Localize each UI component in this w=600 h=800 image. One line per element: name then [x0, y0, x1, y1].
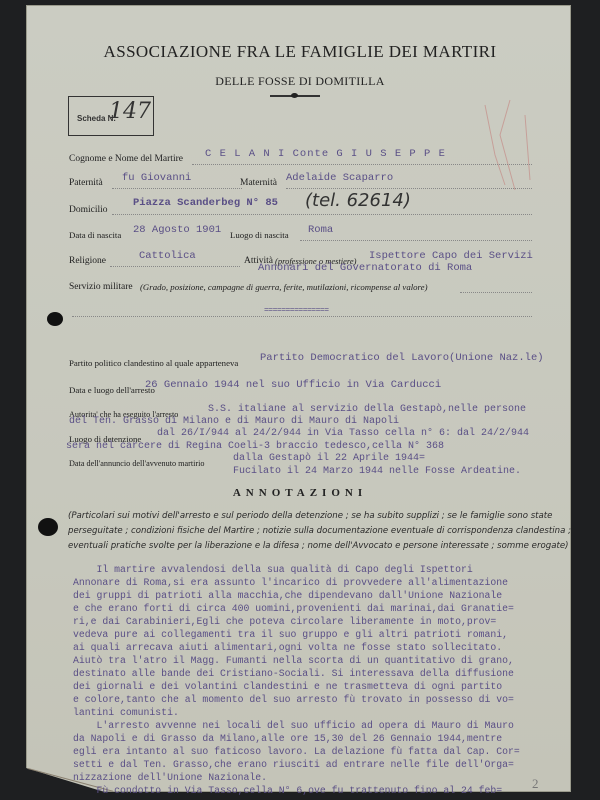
value-detenzione-2: sera nel carcere di Regina Coeli-3 bracc…	[66, 441, 444, 452]
header-ornament-dot	[291, 93, 298, 98]
value-partito: Partito Democratico del Lavoro(Unione Na…	[260, 352, 544, 364]
page-number: 2	[532, 776, 539, 792]
narrative-line: Fù condotto in Via Tasso,cella N° 6,ove …	[73, 784, 502, 797]
narrative-line: e colore,tanto che al momento del suo ar…	[73, 693, 514, 706]
narrative-line: destinato alle bande dei Cristiano-Socia…	[73, 667, 514, 680]
label-servizio-militare: Servizio militare	[69, 282, 133, 292]
narrative-line: ri,e dai Carabinieri,Egli che poteva cir…	[73, 615, 496, 628]
label-nome: Cognome e Nome del Martire	[69, 154, 183, 164]
label-luogo-nascita: Luogo di nascita	[230, 230, 289, 240]
narrative-line: dei giornali e dei volantini clandestini…	[73, 680, 502, 693]
value-domicilio: Piazza Scanderbeg N° 85	[133, 197, 278, 209]
value-autorita-2: del Ten. Grasso di Milano e di Mauro di …	[69, 416, 399, 427]
narrative-line: Annonare di Roma,si era assunto l'incari…	[73, 576, 508, 589]
label-servizio-note: (Grado, posizione, campagne di guerra, f…	[140, 282, 428, 292]
dotline-servizio-1	[460, 292, 532, 293]
narrative-line: L'arresto avvenne nei locali del suo uff…	[73, 719, 514, 732]
annotazioni-instructions-2: perseguitate ; condizioni fisiche del Ma…	[68, 526, 538, 536]
annotazioni-instructions-1: (Particolari sui motivi dell'arresto e s…	[68, 511, 538, 521]
red-pencil-mark	[470, 95, 550, 195]
narrative-line: da Napoli e di Grasso da Milano,alle ore…	[73, 732, 502, 745]
dotline-domicilio	[112, 214, 532, 215]
punch-hole-bottom	[38, 518, 58, 536]
narrative-line: Aiutò tra l'atro il Magg. Fumanti nella …	[73, 654, 514, 667]
label-religione: Religione	[69, 256, 106, 266]
label-partito: Partito politico clandestino al quale ap…	[69, 358, 238, 368]
punch-hole-top	[47, 312, 63, 326]
value-attivita-2: Annonari del Governatorato di Roma	[258, 262, 472, 274]
value-religione: Cattolica	[139, 250, 196, 262]
dotline-maternita	[286, 188, 532, 189]
value-annuncio-1: dalla Gestapò il 22 Aprile 1944=	[233, 453, 425, 464]
value-annuncio-2: Fucilato il 24 Marzo 1944 nelle Fosse Ar…	[233, 466, 521, 477]
dotline-nascita	[300, 240, 532, 241]
scheda-number: 147	[109, 99, 151, 124]
label-paternita: Paternità	[69, 178, 103, 188]
narrative-line: nizzazione dell'Unione Nazionale.	[73, 771, 267, 784]
value-detenzione-1: dal 26/I/944 al 24/2/944 in Via Tasso ce…	[157, 428, 529, 439]
value-autorita-1: S.S. italiane al servizio della Gestapò,…	[208, 404, 526, 415]
label-domicilio: Domicilio	[69, 205, 108, 215]
handwritten-telephone: (tel. 62614)	[305, 190, 411, 211]
value-maternita: Adelaide Scaparro	[286, 172, 393, 184]
dotline-paternita	[112, 188, 242, 189]
narrative-line: egli era intanto al suo faticoso lavoro.…	[73, 745, 520, 758]
value-attivita-1: Ispettore Capo dei Servizi	[369, 250, 533, 262]
value-paternita: fu Giovanni	[122, 172, 191, 184]
value-data-nascita: 28 Agosto 1901	[133, 224, 221, 236]
narrative-line: dei gruppi di patrioti alla macchia,che …	[73, 589, 502, 602]
narrative-line: e che erano forti di circa 400 uomini,pr…	[73, 602, 514, 615]
value-servizio-militare: ===============	[264, 306, 329, 315]
label-maternita: Maternità	[240, 178, 277, 188]
scheda-box: Scheda N. 147	[68, 96, 154, 136]
label-annuncio: Data dell'annuncio dell'avvenuto martiri…	[69, 459, 205, 468]
narrative-line: lantini comunisti.	[73, 706, 179, 719]
narrative-line: ai quali arrecava aiuti alimentari,ogni …	[73, 641, 502, 654]
annotazioni-title: ANNOTAZIONI	[0, 487, 600, 499]
narrative-line: Il martire avvalendosi della sua qualità…	[73, 563, 473, 576]
value-arresto: 26 Gennaio 1944 nel suo Ufficio in Via C…	[145, 379, 441, 391]
value-luogo-nascita: Roma	[308, 224, 333, 236]
annotazioni-instructions-3: eventuali pratiche svolte per la liberaz…	[68, 541, 538, 551]
header-title: ASSOCIAZIONE FRA LE FAMIGLIE DEI MARTIRI	[0, 42, 600, 62]
dotline-nome	[192, 164, 532, 165]
label-arresto: Data e luogo dell'arresto	[69, 385, 155, 395]
narrative-line: setti e dal Ten. Grasso,che erano riusci…	[73, 758, 514, 771]
narrative-line: vedeva pure ai collegamenti tra il suo g…	[73, 628, 508, 641]
value-nome: C E L A N I Conte G I U S E P P E	[205, 148, 446, 160]
dotline-religione	[110, 266, 240, 267]
dotline-servizio-2	[72, 316, 532, 317]
label-data-nascita: Data di nascita	[69, 230, 121, 240]
header-subtitle: DELLE FOSSE DI DOMITILLA	[0, 74, 600, 89]
